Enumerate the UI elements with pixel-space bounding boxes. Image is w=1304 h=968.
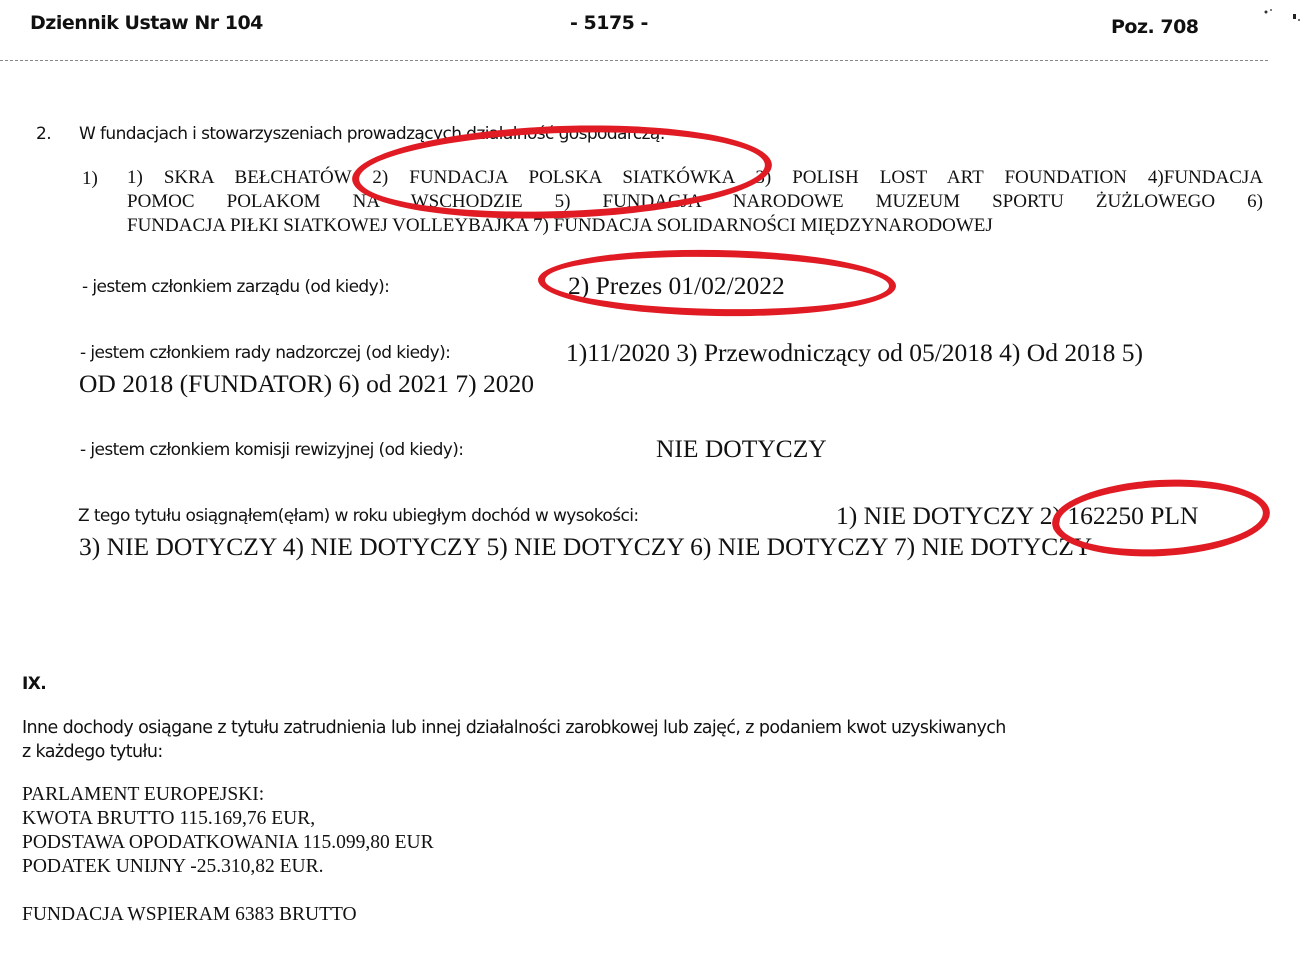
page-number: - 5175 -: [570, 12, 648, 34]
foundation-entry: FUNDACJA WSPIERAM 6383 BRUTTO: [22, 904, 357, 926]
entry-line: PARLAMENT EUROPEJSKI:: [22, 783, 434, 807]
organizations-line: 1) SKRA BEŁCHATÓW 2) FUNDACJA POLSKA SIA…: [127, 166, 1263, 190]
entry-line: PODATEK UNIJNY -25.310,82 EUR.: [22, 855, 434, 879]
entry-line: KWOTA BRUTTO 115.169,76 EUR,: [22, 807, 434, 831]
entry-line: PODSTAWA OPODATKOWANIA 115.099,80 EUR: [22, 831, 434, 855]
scan-specks: [1262, 6, 1302, 26]
section-title: W fundacjach i stowarzyszeniach prowadzą…: [79, 124, 665, 144]
board-member-label: - jestem członkiem zarządu (od kiedy):: [82, 277, 389, 297]
supervisory-board-value-cont: OD 2018 (FUNDATOR) 6) od 2021 7) 2020: [79, 369, 534, 399]
board-member-value: 2) Prezes 01/02/2022: [568, 271, 785, 301]
section-ix-title: Inne dochody osiągane z tytułu zatrudnie…: [22, 718, 1006, 738]
section-ix-title-cont: z każdego tytułu:: [22, 742, 163, 762]
other-income-entries: PARLAMENT EUROPEJSKI: KWOTA BRUTTO 115.1…: [22, 783, 434, 879]
organizations-line: POMOC POLAKOM NA WSCHODZIE 5) FUNDACJA N…: [127, 190, 1263, 214]
header-rule: [0, 60, 1268, 61]
income-value: 1) NIE DOTYCZY 2) 162250 PLN: [836, 501, 1198, 531]
position-number: Poz. 708: [1111, 16, 1199, 38]
organizations-list: 1) SKRA BEŁCHATÓW 2) FUNDACJA POLSKA SIA…: [127, 166, 1263, 238]
supervisory-board-label: - jestem członkiem rady nadzorczej (od k…: [80, 343, 450, 363]
section-ix-number: IX.: [22, 674, 46, 694]
item-number: 1): [82, 168, 98, 190]
organizations-line: FUNDACJA PIŁKI SIATKOWEJ VOLLEYBAJKA 7) …: [127, 214, 1263, 238]
audit-committee-value: NIE DOTYCZY: [656, 434, 827, 464]
journal-title: Dziennik Ustaw Nr 104: [30, 12, 263, 34]
income-value-cont: 3) NIE DOTYCZY 4) NIE DOTYCZY 5) NIE DOT…: [79, 532, 1092, 562]
audit-committee-label: - jestem członkiem komisji rewizyjnej (o…: [80, 440, 463, 460]
supervisory-board-value: 1)11/2020 3) Przewodniczący od 05/2018 4…: [566, 338, 1143, 368]
section-number: 2.: [36, 124, 51, 144]
income-label: Z tego tytułu osiągnąłem(ęłam) w roku ub…: [78, 506, 638, 526]
